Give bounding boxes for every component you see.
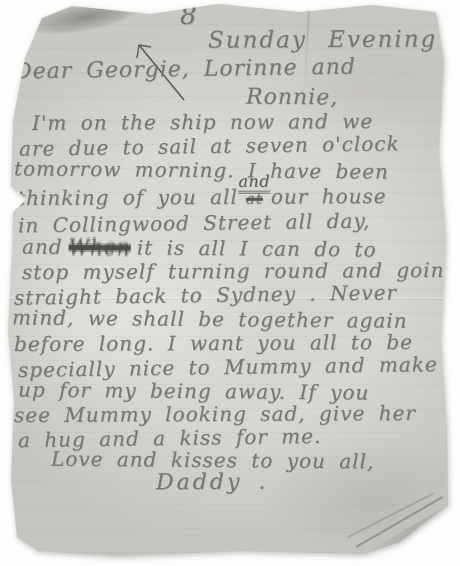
line-text: it is all I can do to [137,236,377,260]
letter-line: specially nice to Mummy and make [18,353,438,381]
paper-shadow: 8 Sunday Evening . Dear Georgie, Lorinne… [0,0,460,566]
letter-line: tomorrow morning. I have been [14,157,389,182]
letter-line: straight back to Sydney . Never [14,281,397,308]
line-text: thinking of you all [17,186,238,209]
scribbled-out-word: When [69,236,131,259]
letter-line: mind, we shall be together again [12,306,408,331]
letter-line: see Mummy looking sad, give her [14,402,416,426]
letter-line: in Collingwood Street all day, [18,210,371,237]
signature-line: Daddy . [156,471,268,496]
letter-line: up for my being away. If you [18,378,369,403]
letter-photo: 8 Sunday Evening . Dear Georgie, Lorinne… [0,0,460,566]
salutation-line: Ronnie, [246,86,338,111]
letter-line-with-strikeout: andWhenit is all I can do to [22,235,377,260]
line-text: and [22,235,63,257]
dateline: Sunday Evening . [208,27,460,54]
letter-line: before long. I want you all to be [14,331,413,355]
letter-line-with-insertion: thinking of you allatandour house [17,185,387,209]
fold-crease-line [348,492,434,537]
inserted-word: and [238,174,270,194]
page-number: 8 [180,2,198,31]
salutation-line: Dear Georgie, Lorinne and [14,56,356,85]
struck-word: atand [246,191,263,208]
line-text: our house [271,185,387,208]
letter-line: I'm on the ship now and we [32,110,373,134]
letter-line: are due to sail at seven o'clock [19,132,400,159]
letter-paper: 8 Sunday Evening . Dear Georgie, Lorinne… [0,0,460,566]
closing-line: Love and kisses to you all, [51,448,375,473]
